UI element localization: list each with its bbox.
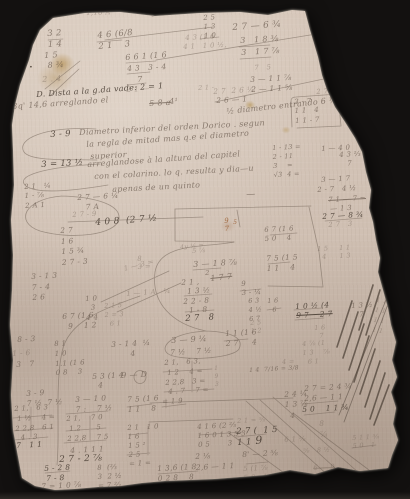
photograph: 1,18 A5/162 5 1 3 1 02 7 — 6 ¾3 1 8 ⅜3 1…: [0, 0, 410, 499]
paper-scrap: [0, 0, 410, 499]
mat-edge: [0, 492, 410, 499]
paper-surface: [0, 0, 410, 499]
